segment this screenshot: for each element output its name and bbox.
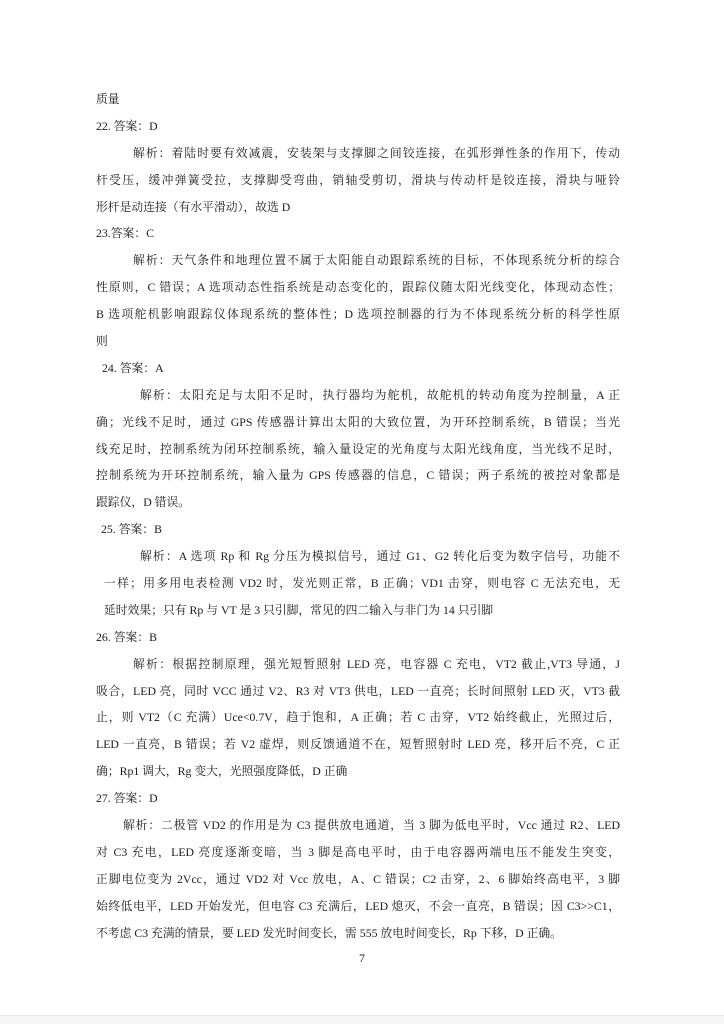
- text-line: 26. 答案：B: [96, 624, 620, 651]
- text-line: 24. 答案：A: [96, 355, 620, 382]
- answer-key-text: 质量22. 答案：D解析：着陆时要有效减震，安装架与支撑脚之间铰连接，在弧形弹性…: [96, 86, 620, 947]
- text-line: 跟踪仪，D 错误。: [96, 489, 620, 516]
- text-line: 正脚电位变为 2Vcc，通过 VD2 对 Vcc 放电，A、C 错误；C2 击穿…: [96, 866, 620, 893]
- text-line: 一样；用多用电表检测 VD2 时，发光则正常，B 正确；VD1 击穿，则电容 C…: [96, 570, 620, 597]
- text-line: 22. 答案：D: [96, 113, 620, 140]
- text-line: 控制系统为开环控制系统，输入量为 GPS 传感器的信息，C 错误；两子系统的被控…: [96, 462, 620, 489]
- text-line: 解析：A 选项 Rp 和 Rg 分压为模拟信号，通过 G1、G2 转化后变为数字…: [96, 543, 620, 570]
- next-page-edge: [0, 1015, 724, 1024]
- page-number: 7: [0, 947, 724, 969]
- text-line: 吸合，LED 亮，同时 VCC 通过 V2、R3 对 VT3 供电，LED 一直…: [96, 678, 620, 705]
- text-line: 解析：太阳充足与太阳不足时，执行器均为舵机，故舵机的转动角度为控制量，A 正: [96, 382, 620, 409]
- text-line: 解析：着陆时要有效减震，安装架与支撑脚之间铰连接，在弧形弹性条的作用下，传动: [96, 140, 620, 167]
- text-line: LED 一直亮，B 错误；若 V2 虚焊，则反馈通道不在，短暂照射时 LED 亮…: [96, 731, 620, 758]
- text-line: 解析：二极管 VD2 的作用是为 C3 提供放电通道，当 3 脚为低电平时，Vc…: [96, 812, 620, 839]
- text-line: 延时效果；只有 Rp 与 VT 是 3 只引脚，常见的四二输入与非门为 14 只…: [96, 597, 620, 624]
- text-line: 确；光线不足时，通过 GPS 传感器计算出太阳的大致位置，为开环控制系统，B 错…: [96, 409, 620, 436]
- text-line: 不考虑 C3 充满的情景，要 LED 发光时间变长，需 555 放电时间变长，R…: [96, 920, 620, 947]
- text-line: 杆受压，缓冲弹簧受拉，支撑脚受弯曲，销轴受剪切，滑块与传动杆是铰连接，滑块与哑铃: [96, 167, 620, 194]
- text-line: 解析：根据控制原理，强光短暂照射 LED 亮，电容器 C 充电，VT2 截止,V…: [96, 651, 620, 678]
- text-line: 线充足时，控制系统为闭环控制系统，输入量设定的光角度与太阳光线角度，当光线不足时…: [96, 436, 620, 463]
- text-line: 23.答案：C: [96, 220, 620, 247]
- text-line: 解析：天气条件和地理位置不属于太阳能自动跟踪系统的目标，不体现系统分析的综合: [96, 247, 620, 274]
- text-line: 性原则，C 错误；A 选项动态性指系统是动态变化的，跟踪仪随太阳光线变化，体现动…: [96, 274, 620, 301]
- text-line: 27. 答案：D: [96, 785, 620, 812]
- document-page: 质量22. 答案：D解析：着陆时要有效减震，安装架与支撑脚之间铰连接，在弧形弹性…: [0, 0, 724, 1024]
- text-line: 确；Rp1 调大，Rg 变大，光照强度降低，D 正确: [96, 758, 620, 785]
- text-line: 25. 答案：B: [96, 516, 620, 543]
- text-line: 对 C3 充电，LED 亮度逐渐变暗，当 3 脚是高电平时，由于电容器两端电压不…: [96, 839, 620, 866]
- text-line: 则: [96, 328, 620, 355]
- text-line: 质量: [96, 86, 620, 113]
- text-line: 始终低电平，LED 开始发光，但电容 C3 充满后，LED 熄灭，不会一直亮，B…: [96, 893, 620, 920]
- text-line: B 选项舵机影响跟踪仪体现系统的整体性；D 选项控制器的行为不体现系统分析的科学…: [96, 301, 620, 328]
- text-line: 形杆是动连接（有水平滑动），故选 D: [96, 194, 620, 221]
- text-line: 止，则 VT2（C 充满）Uce<0.7V，趋于饱和，A 正确；若 C 击穿，V…: [96, 704, 620, 731]
